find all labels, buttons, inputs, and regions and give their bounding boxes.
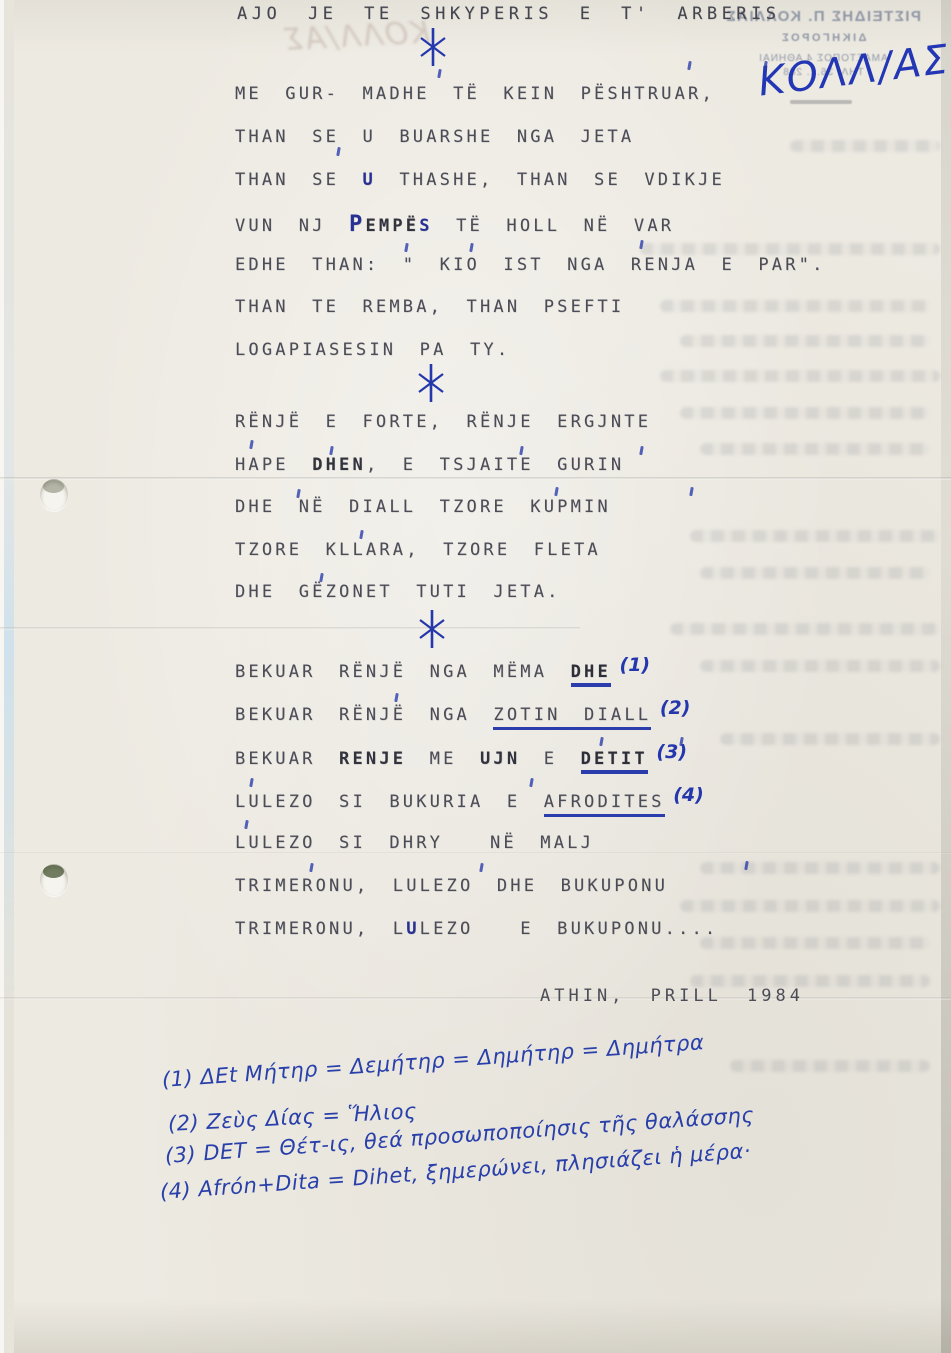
blue-accent-tick (319, 573, 323, 582)
hole-shadow (43, 480, 64, 493)
blue-accent-tick (394, 693, 398, 702)
typed-text: LULEZO SI DHRY NË MALJ (235, 833, 594, 853)
scanned-document-page: ΡΙΣΤΕΙΔΗΣ Π. ΚΟΛΛΙΑΣ ΔΙΚΗΓΟΡΟΣ ΑΜΑΣΤΟΠΟΣ… (0, 0, 951, 1353)
blue-accent-tick (554, 487, 558, 496)
typed-text: DHE (571, 662, 611, 687)
blue-accent-tick (469, 243, 473, 252)
typed-text: DHE GËZONET TUTI JETA. (235, 582, 561, 602)
typed-text: ZOTIN DIALL (493, 705, 651, 730)
bleedthrough-smudge (680, 335, 930, 347)
typed-text: LEZO E BUKUPONU.... (420, 919, 719, 939)
bleedthrough-smudge (640, 243, 940, 255)
blue-accent-tick (404, 243, 408, 252)
bleedthrough-smudge (790, 140, 940, 152)
blue-accent-tick (479, 863, 483, 872)
typed-text: THAN SE U BUARSHE NGA JETA (235, 127, 634, 147)
hand-annotation-number: (4) (665, 784, 704, 806)
blue-accent-tick (639, 446, 643, 455)
bleedthrough-smudge (660, 370, 940, 382)
typed-text: EMPË (366, 216, 420, 236)
typed-text: DHE NË DIALL TZORE KUPMIN (235, 497, 611, 517)
blue-accent-tick (244, 820, 248, 829)
date-line: ATHIN, PRILL 1984 (540, 986, 804, 1006)
blue-accent-tick (309, 863, 313, 872)
poem-line: BEKUAR RENJE ME UJN E DETIT (3) (235, 747, 687, 769)
typed-text: ME GUR- MADHE TË KEIN PËSHTRUAR, (235, 84, 715, 104)
blue-accent-tick (599, 737, 603, 746)
fold-crease (0, 477, 951, 480)
blue-accent-tick (689, 487, 693, 496)
poem-line: ME GUR- MADHE TË KEIN PËSHTRUAR, (235, 84, 715, 104)
typed-text: DHEN (312, 455, 366, 475)
handwritten-note: (1) ΔΕt Μήτηρ = Δεμήτηρ = Δημήτηρ = Δημή… (161, 1030, 705, 1092)
bleedthrough-smudge (690, 530, 940, 542)
bleedthrough-smudge (720, 733, 940, 745)
typed-text: DETIT (581, 749, 648, 774)
typed-text: BEKUAR RËNJË NGA MËMA (235, 662, 571, 682)
poem-line: LOGAPIASESIN PA TY. (235, 340, 510, 360)
typed-text: THAN TE REMBA, THAN PSEFTI (235, 297, 624, 317)
typed-text: , E TSJAITE GURIN (366, 455, 624, 475)
typed-text: THASHE, THAN SE VDIKJE (376, 170, 725, 190)
typed-text: BEKUAR RËNJË NGA (235, 705, 493, 725)
bleedthrough-smudge (700, 862, 940, 874)
bleedthrough-smudge (730, 1060, 930, 1072)
typed-text: TË HOLL NË VAR (433, 216, 675, 236)
punch-hole (40, 864, 68, 896)
typed-text: LULEZO SI BUKURIA E (235, 792, 544, 812)
blue-accent-tick (529, 778, 533, 787)
poem-line: DHE NË DIALL TZORE KUPMIN (235, 497, 611, 517)
poem-line: THAN SE U THASHE, THAN SE VDIKJE (235, 170, 725, 190)
bleedthrough-smudge (700, 443, 930, 455)
fold-crease (0, 997, 951, 1000)
hand-annotation-number: (2) (651, 697, 690, 719)
blue-accent-tick (437, 69, 441, 78)
poem-line: DHE GËZONET TUTI JETA. (235, 582, 561, 602)
poem-line: LULEZO SI BUKURIA E AFRODITES (4) (235, 790, 704, 812)
typed-text: LOGAPIASESIN PA TY. (235, 340, 510, 360)
poem-line: BEKUAR RËNJË NGA ZOTIN DIALL (2) (235, 703, 690, 725)
typed-text: E (520, 749, 580, 769)
bleedthrough-smudge (660, 300, 930, 312)
hand-asterisk-icon (416, 362, 446, 408)
punch-hole (40, 479, 68, 511)
typed-text: ME (406, 749, 480, 769)
hand-asterisk-icon (418, 26, 448, 72)
poem-line: THAN SE U BUARSHE NGA JETA (235, 127, 634, 147)
poem-line: TRIMERONU, LULEZO DHE BUKUPONU (235, 876, 668, 896)
typed-text: THAN SE (235, 170, 362, 190)
blue-accent-tick (329, 446, 333, 455)
bleedthrough-smudge (700, 660, 940, 672)
typed-text: TZORE KLLARA, TZORE FLETA (235, 540, 601, 560)
bleedthrough-smudge (680, 407, 930, 419)
poem-line: RËNJË E FORTE, RËNJE ERGJNTE (235, 412, 651, 432)
bleedthrough-smudge (700, 937, 930, 949)
typed-text: VUN NJ (235, 216, 349, 236)
blue-accent-tick (336, 147, 340, 156)
bleedthrough-smudge (670, 623, 940, 635)
hand-annotation-number: (1) (611, 654, 650, 676)
poem-line: EDHE THAN: " KIO IST NGA RENJA E PAR". (235, 255, 826, 275)
typed-text: RENJE (339, 749, 406, 769)
hand-asterisk-icon (417, 608, 447, 654)
blue-accent-tick (687, 61, 691, 70)
typed-text: BEKUAR (235, 749, 339, 769)
typed-text: AFRODITES (544, 792, 665, 817)
typed-text: RËNJË E FORTE, RËNJE ERGJNTE (235, 412, 651, 432)
bleedthrough-smudge (700, 567, 930, 579)
fold-crease (0, 627, 580, 630)
blue-accent-tick (249, 440, 253, 449)
page-title: AJO JE TE SHKYPERIS E T' ARBERIS (237, 4, 781, 24)
poem-line: VUN NJ PEMPËS TË HOLL NË VAR (235, 212, 674, 237)
blue-accent-tick (519, 446, 523, 455)
typed-text: P (349, 212, 365, 237)
scan-left-edge-highlight (0, 0, 4, 1353)
poem-line: THAN TE REMBA, THAN PSEFTI (235, 297, 624, 317)
bleedthrough-smudge (680, 900, 940, 912)
hole-shadow (43, 865, 64, 878)
poem-line: LULEZO SI DHRY NË MALJ (235, 833, 594, 853)
blue-accent-tick (249, 778, 253, 787)
blue-accent-tick (359, 530, 363, 539)
scan-right-edge (941, 0, 951, 1353)
poem-line: TZORE KLLARA, TZORE FLETA (235, 540, 601, 560)
typed-text: U (406, 919, 419, 939)
typed-text: UJN (480, 749, 520, 769)
poem-line: TRIMERONU, LULEZO E BUKUPONU.... (235, 919, 718, 939)
typed-text: HAPE (235, 455, 312, 475)
typed-text: EDHE THAN: " KIO IST NGA RENJA E PAR". (235, 255, 826, 275)
typed-text: TRIMERONU, LULEZO DHE BUKUPONU (235, 876, 668, 896)
poem-line: BEKUAR RËNJË NGA MËMA DHE (1) (235, 660, 650, 682)
typed-text: U (362, 170, 375, 190)
typed-text: S (419, 216, 432, 236)
typed-text: TRIMERONU, L (235, 919, 406, 939)
poem-line: HAPE DHEN, E TSJAITE GURIN (235, 455, 624, 475)
